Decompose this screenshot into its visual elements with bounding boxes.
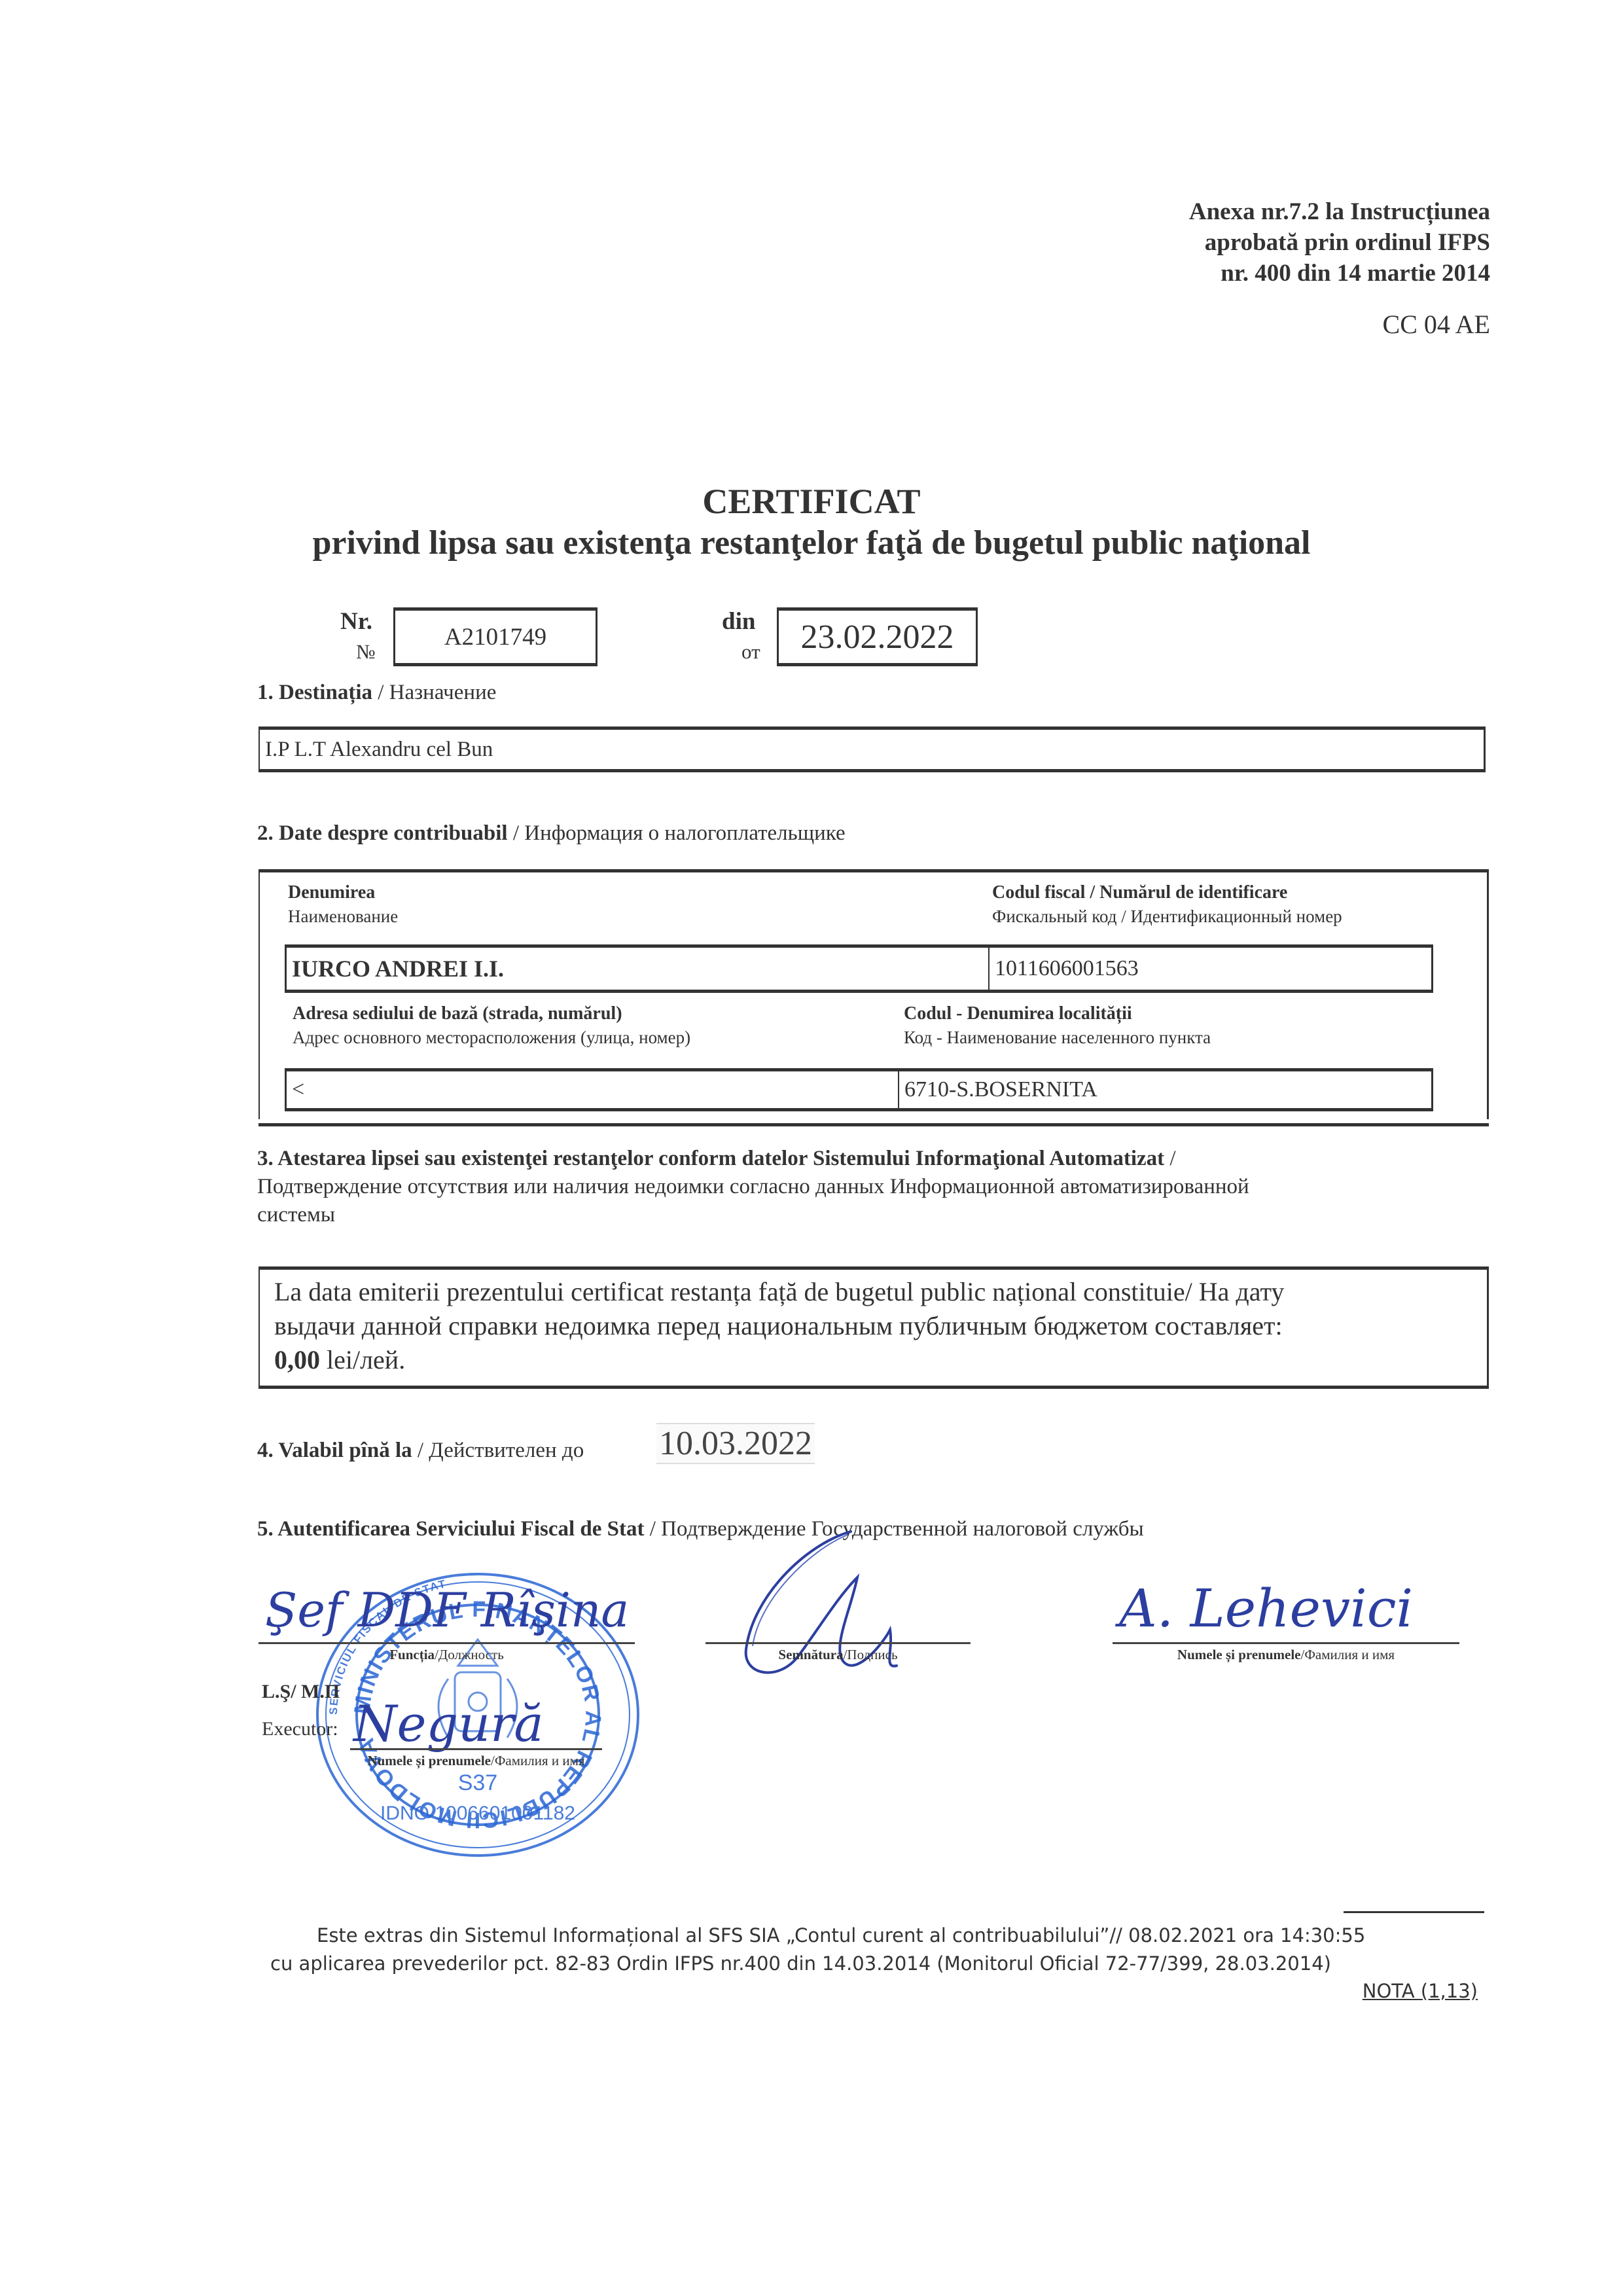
annex-line: nr. 400 din 14 martie 2014 <box>1189 258 1490 289</box>
destination-field: I.P L.T Alexandru cel Bun <box>259 726 1486 772</box>
certificate-number: A2101749 <box>444 623 546 651</box>
section3-title-ro: 3. Atestarea lipsei sau existenţei resta… <box>257 1147 1164 1170</box>
fiscal-label-ro: Codul fiscal / Numărul de identificare <box>992 882 1287 903</box>
statement-line2: выдачи данной справки недоимка перед нац… <box>274 1310 1283 1341</box>
arrears-currency: lei/лей. <box>320 1345 405 1374</box>
number-label-ru: № <box>356 640 376 664</box>
fiscal-code: 1011606001563 <box>990 948 1431 990</box>
position-label: Funcția/Должность <box>259 1647 635 1663</box>
section1-title-ro: 1. Destinația <box>257 681 372 704</box>
number-label-ro: Nr. <box>340 607 372 636</box>
section4-heading: 4. Valabil pînă la / Действителен до <box>257 1439 584 1463</box>
document-title: CERTIFICAT <box>0 481 1623 522</box>
svg-text:A. Lehevici: A. Lehevici <box>1115 1578 1413 1639</box>
address-value: < <box>287 1071 899 1108</box>
name-fiscal-row: IURCO ANDREI I.I. 1011606001563 <box>285 944 1433 993</box>
fiscal-label-ru: Фискальный код / Идентификационный номер <box>992 906 1342 927</box>
arrears-amount: 0,00 <box>274 1345 320 1374</box>
annex-reference: Anexa nr.7.2 la Instrucțiunea aprobată p… <box>1189 196 1490 289</box>
name-line <box>1113 1642 1459 1644</box>
stamp-idno: IDNO 1006601001182 <box>380 1803 575 1824</box>
section3-title-sep: / <box>1164 1147 1175 1170</box>
section1-heading: 1. Destinația / Назначение <box>257 681 496 705</box>
number-box: A2101749 <box>393 607 597 666</box>
position-handwriting: Şef DDF Rîşina <box>259 1574 651 1646</box>
statement-box: La data emiterii prezentului certificat … <box>259 1266 1489 1389</box>
executor-name-label: Numele și prenumele/Фамилия и имя <box>350 1753 602 1769</box>
destination-value: I.P L.T Alexandru cel Bun <box>265 738 493 762</box>
form-code: CC 04 AE <box>1383 309 1490 340</box>
section3-title-ru-line2: системы <box>257 1203 335 1227</box>
certificate-date: 23.02.2022 <box>801 618 954 656</box>
position-line <box>259 1642 635 1644</box>
date-box: 23.02.2022 <box>777 607 978 666</box>
annex-line: aprobată prin ordinul IFPS <box>1189 227 1490 258</box>
address-label-ro: Adresa sediului de bază (strada, numărul… <box>293 1003 622 1024</box>
footer-note: NOTA (1,13) <box>1363 1980 1478 2002</box>
executor-label: Executor: <box>262 1718 338 1740</box>
footer-line1: Este extras din Sistemul Informațional a… <box>317 1924 1365 1946</box>
section1-title-ru: / Назначение <box>372 681 496 704</box>
section2-title-ro: 2. Date despre contribuabil <box>257 821 508 845</box>
svg-text:Şef DDF Rîşina: Şef DDF Rîşina <box>265 1583 629 1638</box>
stamp-code: S37 <box>458 1770 498 1795</box>
locality-label-ro: Codul - Denumirea localității <box>904 1003 1132 1024</box>
seal-label: L.Ş/ M.П <box>262 1681 340 1703</box>
footer-line2: cu aplicarea prevederilor pct. 82-83 Ord… <box>270 1952 1331 1975</box>
executor-handwriting: Negură <box>340 1685 681 1757</box>
address-locality-row: < 6710-S.BOSERNITA <box>285 1068 1433 1111</box>
svg-text:Negură: Negură <box>352 1695 544 1753</box>
signature-label: Semnătura/Подпись <box>705 1647 971 1663</box>
section4-title-ru: / Действителен до <box>412 1439 584 1462</box>
locality-label-ru: Код - Наименование населенного пункта <box>904 1028 1211 1048</box>
valid-until-date: 10.03.2022 <box>656 1423 815 1464</box>
section2-title-ru: / Информация о налогоплательщике <box>508 821 846 845</box>
section4-title-ro: 4. Valabil pînă la <box>257 1439 412 1462</box>
section5-heading: 5. Autentificarea Serviciului Fiscal de … <box>257 1517 1144 1541</box>
address-label-ru: Адрес основного месторасположения (улица… <box>293 1028 690 1048</box>
section3-heading: 3. Atestarea lipsei sau existenţei resta… <box>257 1147 1176 1171</box>
name-label-ru: Наименование <box>288 906 398 927</box>
taxpayer-name: IURCO ANDREI I.I. <box>287 948 990 990</box>
name-handwriting: A. Lehevici <box>1113 1568 1479 1643</box>
name-label: Numele și prenumele/Фамилия и имя <box>1113 1647 1459 1663</box>
taxpayer-panel-bottom-border <box>259 1123 1489 1126</box>
locality-value: 6710-S.BOSERNITA <box>899 1071 1431 1108</box>
signature-line <box>705 1642 971 1644</box>
annex-line: Anexa nr.7.2 la Instrucțiunea <box>1189 196 1490 227</box>
footer-rule <box>1344 1911 1484 1913</box>
section5-title-ro: 5. Autentificarea Serviciului Fiscal de … <box>257 1517 645 1541</box>
date-label-ru: от <box>741 640 760 664</box>
name-label-ro: Denumirea <box>288 882 375 903</box>
executor-line <box>350 1748 602 1750</box>
section2-heading: 2. Date despre contribuabil / Информация… <box>257 821 846 846</box>
section3-title-ru-line1: Подтверждение отсутствия или наличия нед… <box>257 1175 1249 1199</box>
date-label-ro: din <box>722 607 755 636</box>
statement-amount-line: 0,00 lei/лей. <box>274 1344 405 1375</box>
document-subtitle: privind lipsa sau existenţa restanţelor … <box>0 524 1623 562</box>
statement-line1: La data emiterii prezentului certificat … <box>274 1276 1284 1307</box>
